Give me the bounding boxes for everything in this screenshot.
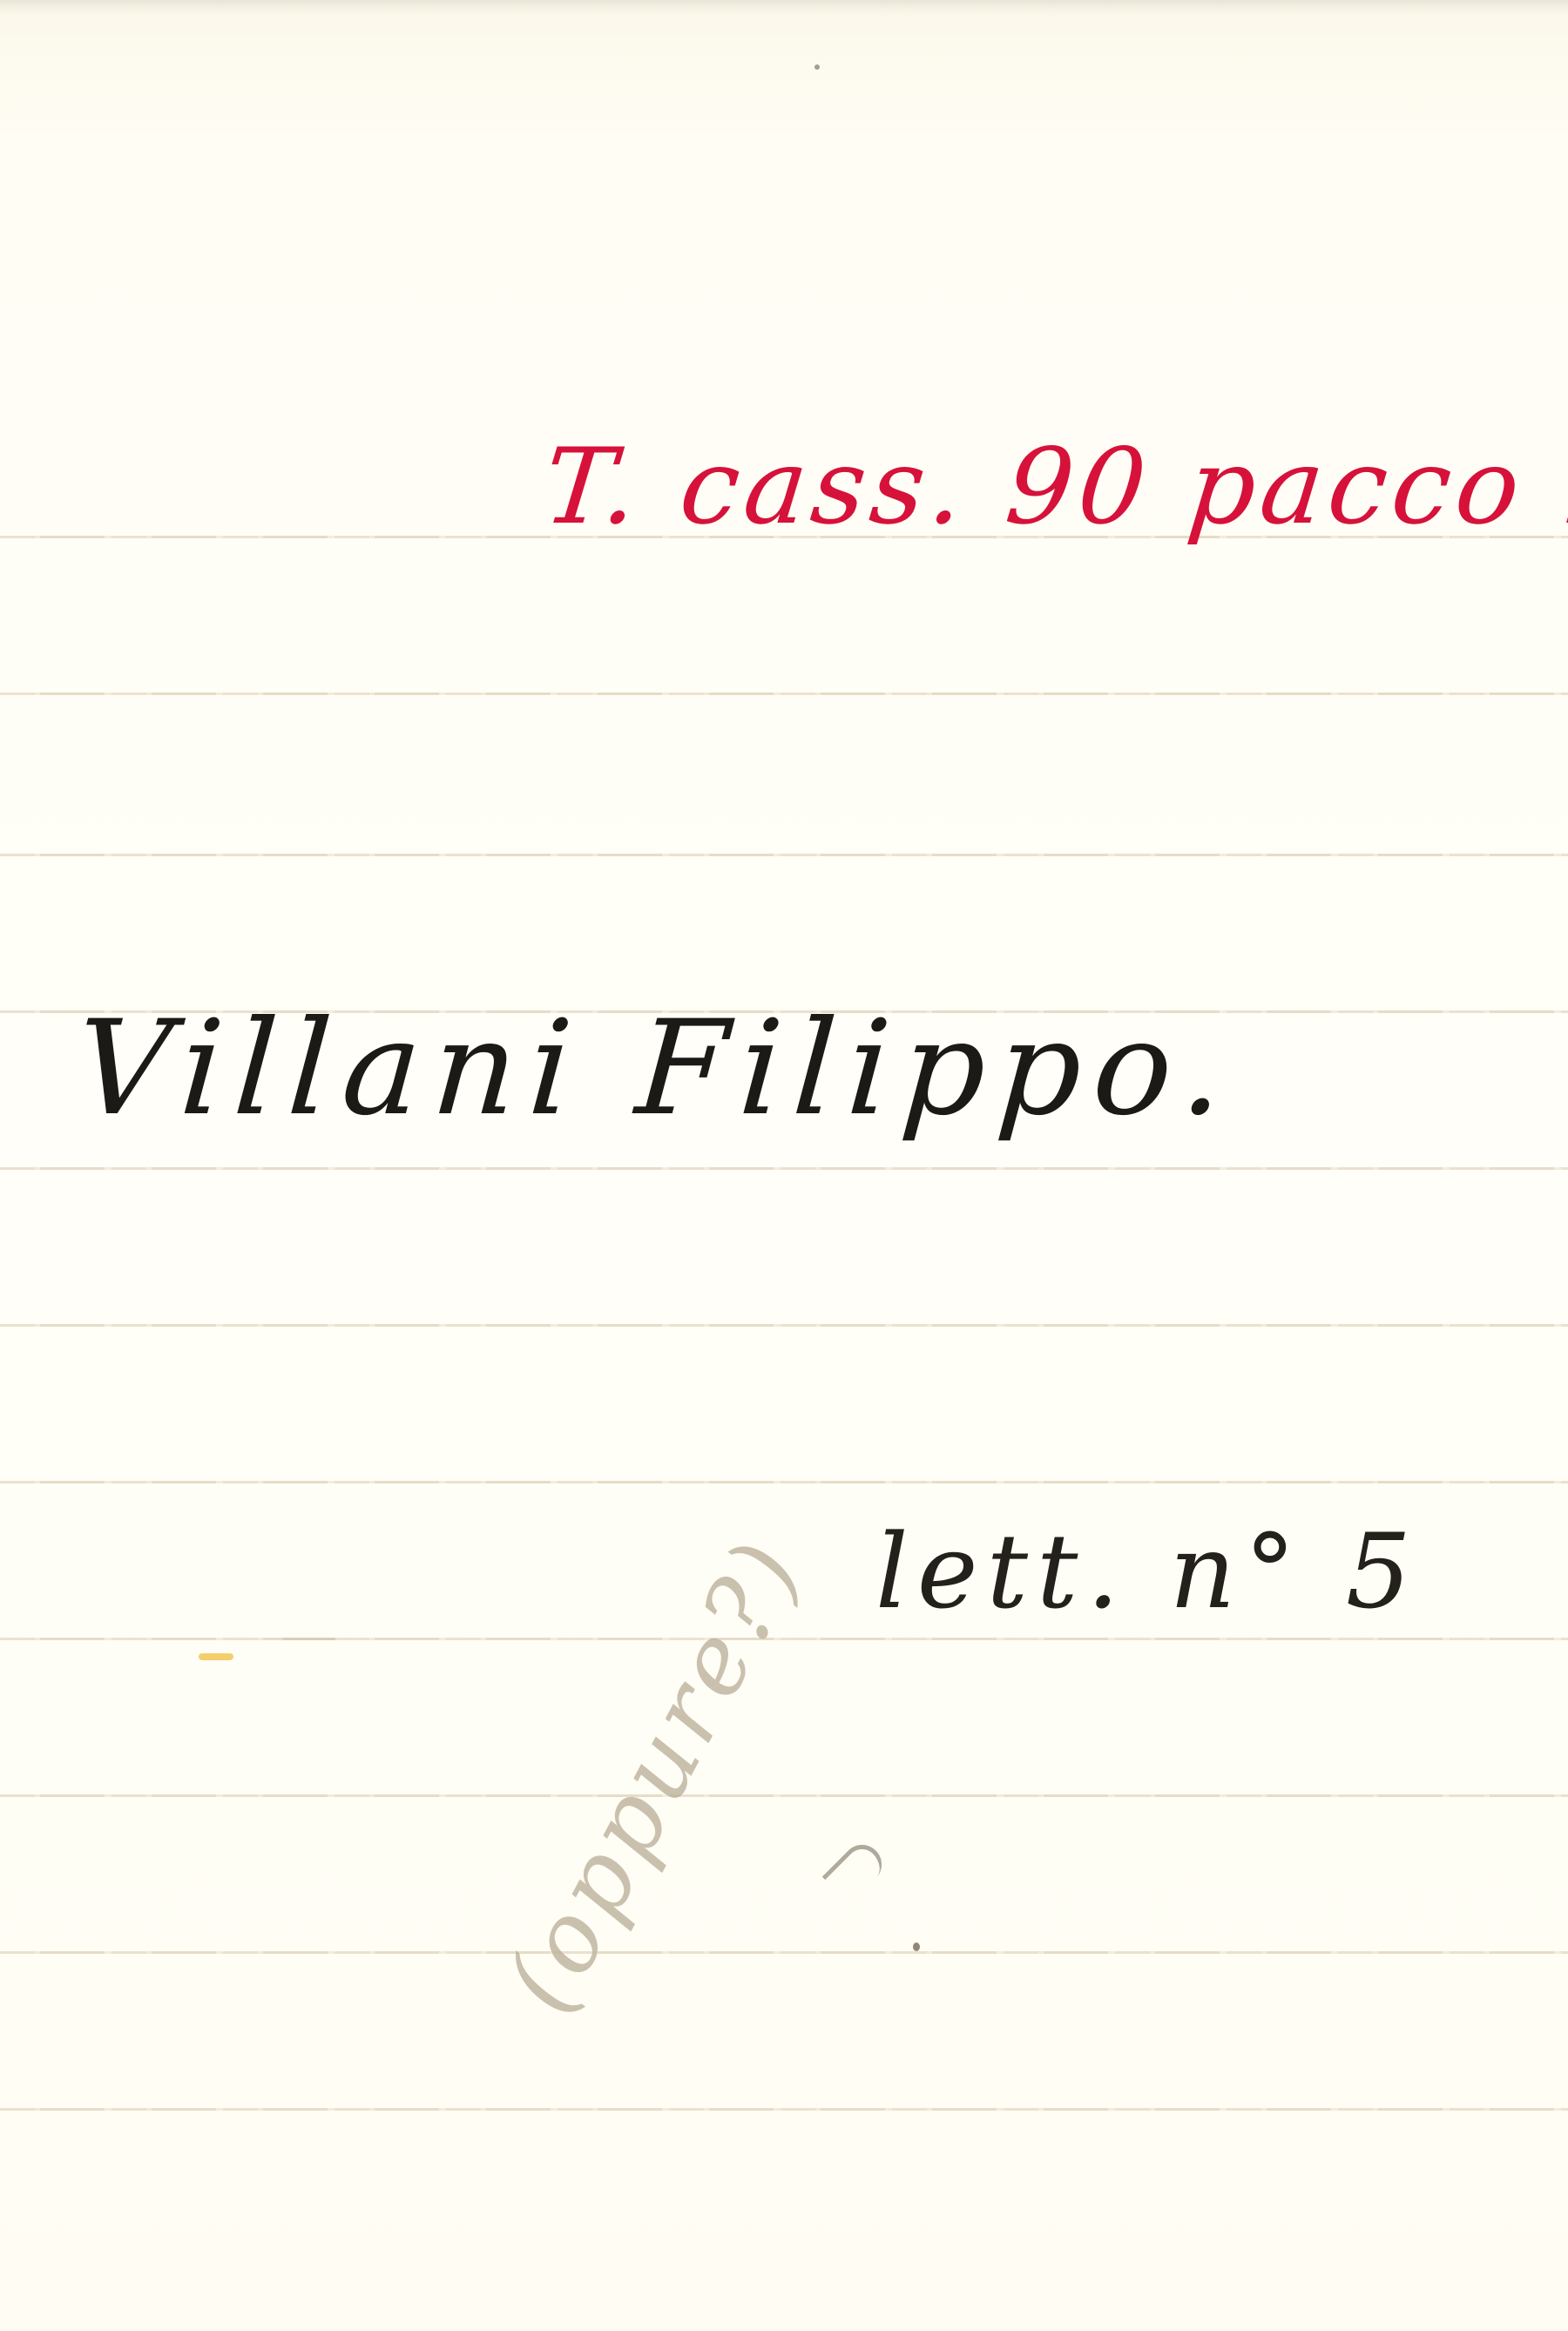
ruled-line bbox=[0, 1167, 1568, 1170]
pencil-dot bbox=[913, 1942, 920, 1951]
shelfmark-red-pencil: T. cass. 90 pacco 1444 bbox=[538, 427, 1568, 548]
index-card: T. cass. 90 pacco 1444 Villani Filippo. … bbox=[0, 0, 1568, 2331]
yellow-stain bbox=[199, 1653, 233, 1660]
ink-speck bbox=[814, 64, 820, 70]
caret-mark-icon bbox=[822, 1837, 890, 1905]
letters-count: lett. n° 5 bbox=[875, 1511, 1420, 1632]
ruled-line bbox=[0, 1481, 1568, 1483]
correspondent-name: Villani Filippo. bbox=[71, 993, 1241, 1145]
ruled-line bbox=[0, 1951, 1568, 1954]
faint-dash-mark bbox=[283, 1638, 335, 1640]
ruled-line bbox=[0, 1794, 1568, 1797]
ruled-line bbox=[0, 854, 1568, 856]
card-top-edge bbox=[0, 0, 1568, 16]
ruled-line bbox=[0, 693, 1568, 695]
ruled-line bbox=[0, 2108, 1568, 2111]
ruled-line bbox=[0, 1324, 1568, 1327]
